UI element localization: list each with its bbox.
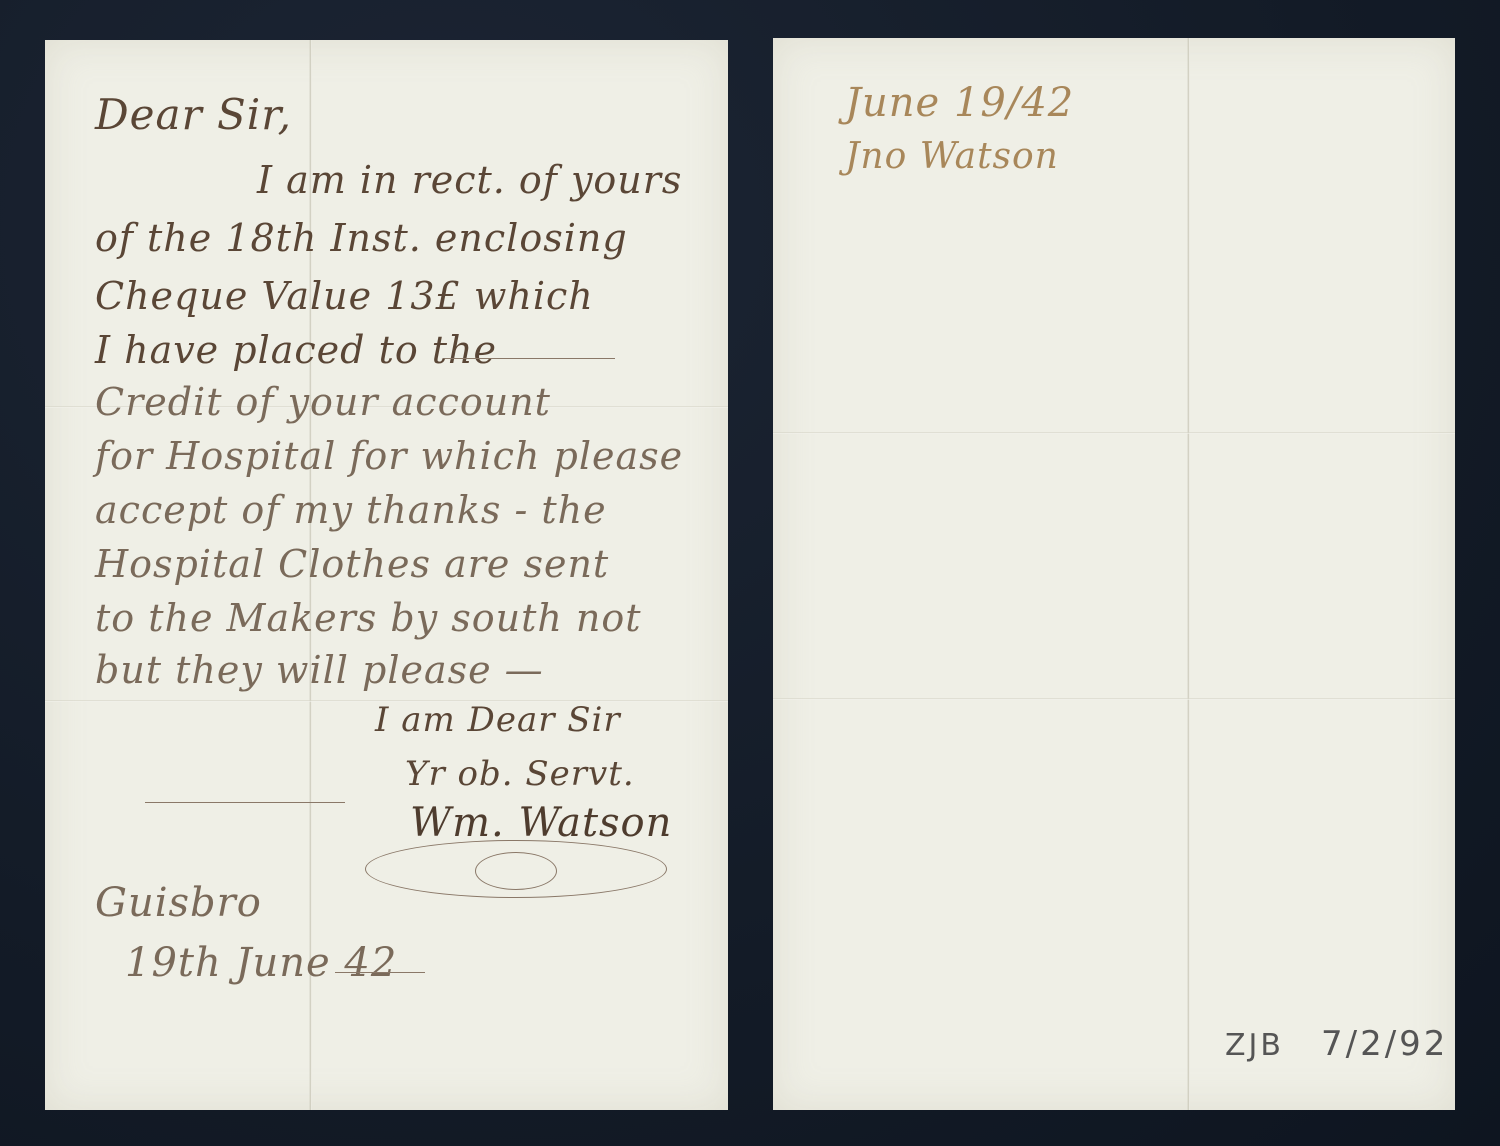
docket-name: Jno Watson	[845, 136, 1059, 177]
body-line-4: I have placed to the	[95, 328, 497, 372]
letter-page-back: June 19/42 Jno Watson ZJB 7/2/92	[773, 38, 1455, 1110]
salutation: Dear Sir,	[95, 90, 292, 139]
vertical-fold-line	[1187, 38, 1190, 1110]
body-line-7: accept of my thanks - the	[95, 488, 607, 532]
letter-page-front: Dear Sir, I am in rect. of yours of the …	[45, 40, 728, 1110]
horizontal-fold-line	[773, 432, 1455, 434]
signature: Wm. Watson	[410, 800, 672, 846]
body-line-6: for Hospital for which please	[95, 434, 683, 478]
archival-date: 7/2/92	[1321, 1024, 1448, 1064]
body-line-1: I am in rect. of yours	[257, 158, 682, 202]
body-line-10: but they will please —	[95, 648, 544, 692]
body-line-3: Cheque Value 13£ which	[95, 274, 594, 318]
body-line-2: of the 18th Inst. enclosing	[95, 216, 628, 260]
body-line-9: to the Makers by south not	[95, 596, 642, 640]
letter-date: 19th June 42	[125, 940, 397, 986]
date-underline	[335, 972, 425, 973]
line-filler-rule	[445, 358, 615, 359]
closing-line-1: I am Dear Sir	[375, 700, 621, 740]
signature-flourish-loop	[475, 852, 557, 890]
body-line-8: Hospital Clothes are sent	[95, 542, 609, 586]
docket-date: June 19/42	[845, 80, 1074, 126]
body-line-5: Credit of your account	[95, 380, 551, 424]
closing-line-2: Yr ob. Servt.	[405, 754, 635, 794]
archival-initials: ZJB	[1225, 1028, 1284, 1063]
horizontal-fold-line	[773, 698, 1455, 700]
signature-rule	[145, 802, 345, 803]
place-name: Guisbro	[95, 880, 262, 926]
